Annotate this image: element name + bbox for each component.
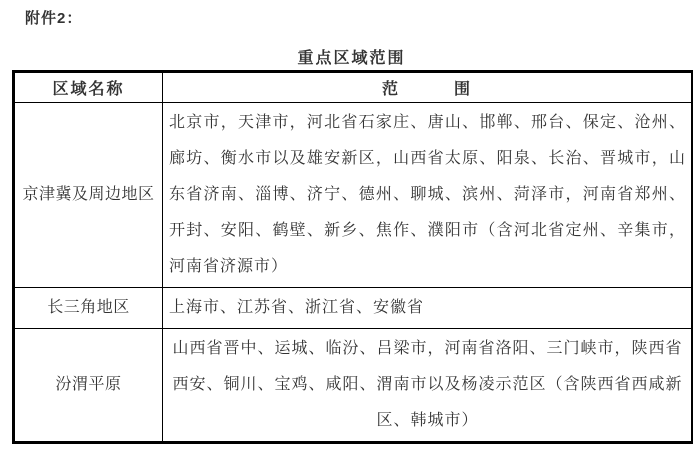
table-row-changsanjiao: 长三角地区 上海市、江苏省、浙江省、安徽省 — [14, 288, 693, 329]
attachment-label: 附件2： — [25, 7, 82, 28]
table-row-jingjinji: 京津冀及周边地区 北京市，天津市，河北省石家庄、唐山、邯郸、邢台、保定、沧州、廊… — [14, 103, 693, 288]
header-cell-region-name: 区域名称 — [14, 72, 163, 103]
region-scope-cell: 山西省晋中、运城、临汾、吕梁市，河南省洛阳、三门峡市，陕西省西安、铜川、宝鸡、咸… — [163, 329, 693, 443]
regions-table: 区域名称 范 围 京津冀及周边地区 北京市，天津市，河北省石家庄、唐山、邯郸、邢… — [12, 70, 693, 444]
region-scope-cell: 上海市、江苏省、浙江省、安徽省 — [163, 288, 693, 329]
header-row: 区域名称 范 围 — [14, 72, 693, 103]
region-name-cell: 汾渭平原 — [14, 329, 163, 443]
table-row-fenwei: 汾渭平原 山西省晋中、运城、临汾、吕梁市，河南省洛阳、三门峡市，陕西省西安、铜川… — [14, 329, 693, 443]
region-name-cell: 长三角地区 — [14, 288, 163, 329]
document-title: 重点区域范围 — [12, 45, 691, 68]
header-cell-scope: 范 围 — [163, 72, 693, 103]
region-scope-cell: 北京市，天津市，河北省石家庄、唐山、邯郸、邢台、保定、沧州、廊坊、衡水市以及雄安… — [163, 103, 693, 288]
region-name-cell: 京津冀及周边地区 — [14, 103, 163, 288]
